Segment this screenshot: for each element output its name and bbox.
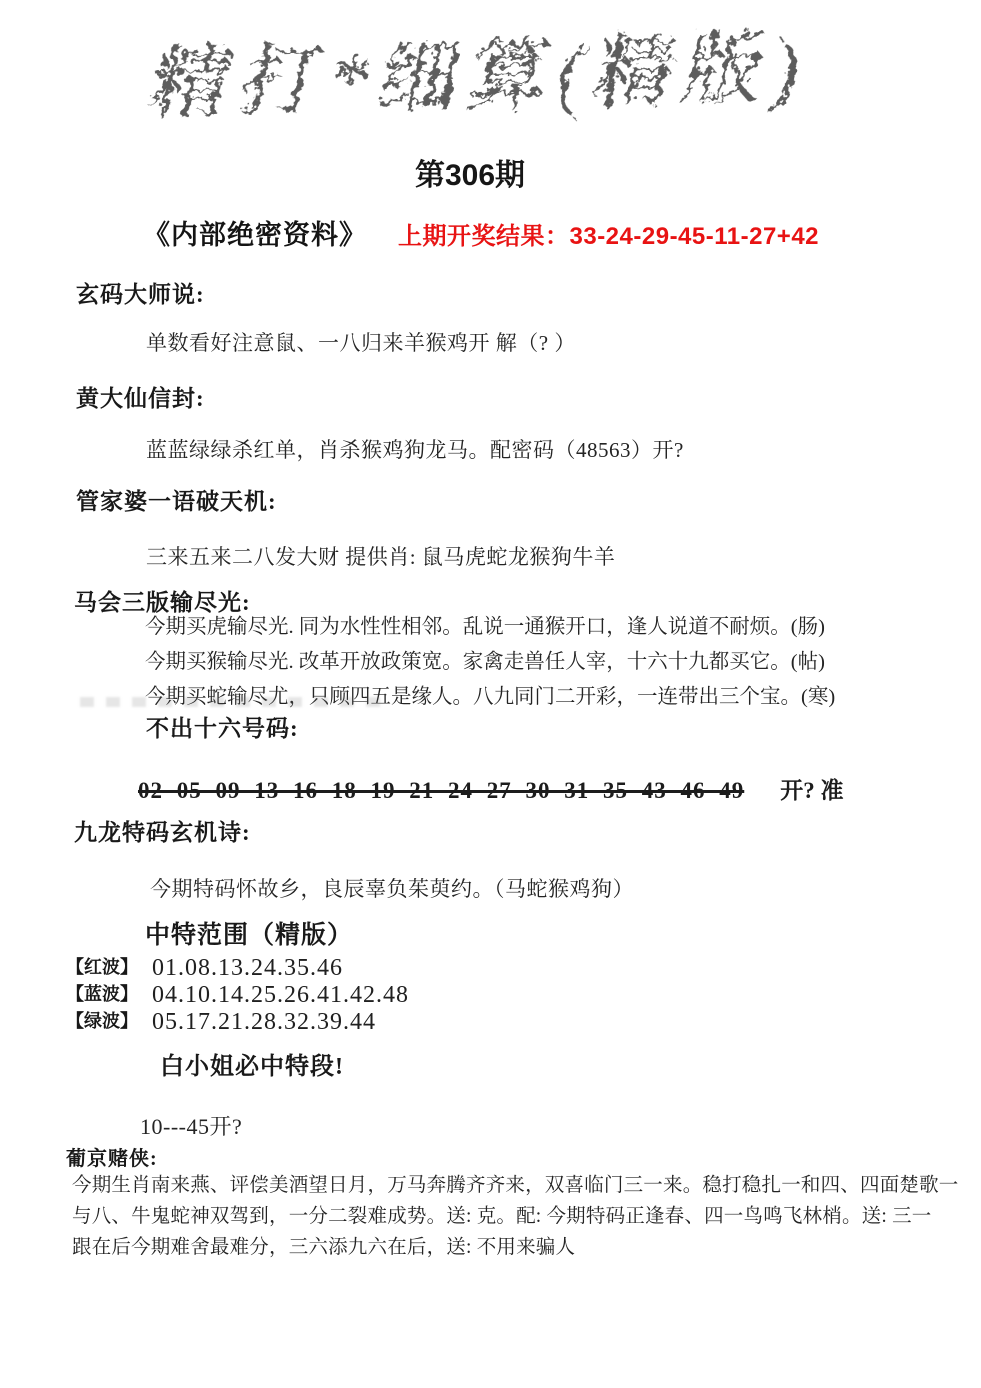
red-wave-numbers: 01.08.13.24.35.46 (152, 955, 343, 981)
mahui-line: 今期买猴输尽光. 改革开放政策宽。家禽走兽任人宰，十六十九都买它。(帖) (145, 644, 825, 674)
masthead: 精打*细算(精版) (110, 12, 830, 162)
issue-number: 第306期 (0, 150, 940, 194)
excluded-numbers: 02 05 09 13 16 18 19 21 24 27 30 31 35 4… (128, 778, 754, 803)
section-guan-heading: 管家婆一语破天机: (76, 483, 277, 516)
section-huang-heading: 黄大仙信封: (76, 380, 205, 413)
excluded-verdict: 开? 准 (780, 778, 843, 803)
section-guan-body: 三来五来二八发大财 提供肖: 鼠马虎蛇龙猴狗牛羊 (146, 541, 615, 571)
section-huang-body: 蓝蓝绿绿杀红单，肖杀猴鸡狗龙马。配密码（48563）开? (146, 434, 684, 464)
wave-row-green: 【绿波】05.17.21.28.32.39.44 (66, 1007, 376, 1036)
section-jiulong-heading: 九龙特码玄机诗: (74, 814, 251, 847)
pujing-line: 今期生肖南来燕、评偿美酒望日月，万马奔腾齐齐来，双喜临门三一来。稳打稳扎一和四、… (72, 1170, 952, 1201)
scan-smudge (80, 697, 380, 707)
title-art: 精打*细算(精版) (142, 25, 819, 130)
section-bai-line: 10---45开? (140, 1110, 242, 1141)
section-jiulong-body: 今期特码怀故乡，良辰辜负茱萸约。（马蛇猴鸡狗） (150, 873, 634, 903)
red-wave-label: 【红波】 (66, 957, 138, 977)
excluded-numbers-row: 02 05 09 13 16 18 19 21 24 27 30 31 35 4… (128, 772, 844, 805)
section-bai-heading: 白小姐必中特段! (160, 1046, 344, 1081)
pujing-line: 与八、牛鬼蛇神双驾到，一分二裂难成势。送: 克。配: 今期特码正逢春、四一鸟鸣飞… (72, 1201, 952, 1232)
section-pujing-heading: 葡京赌侠: (66, 1142, 158, 1171)
section-xuanma-body: 单数看好注意鼠、一八归来羊猴鸡开 解（? ） (146, 327, 576, 357)
green-wave-label: 【绿波】 (66, 1011, 138, 1031)
section-xuanma-heading: 玄码大师说: (76, 276, 205, 309)
title-art-canvas: 精打*细算(精版) (110, 12, 830, 162)
section-zhongte-heading: 中特范围（精版） (145, 915, 353, 951)
pujing-line: 跟在后今期难舍最难分，三六添九六在后，送: 不用来骗人 (72, 1232, 952, 1263)
blue-wave-numbers: 04.10.14.25.26.41.42.48 (152, 982, 409, 1008)
mahui-line: 今期买虎输尽光. 同为水性性相邻。乱说一通猴开口，逢人说道不耐烦。(肠) (145, 609, 825, 639)
section-buchu-heading: 不出十六号码: (146, 710, 299, 743)
green-wave-numbers: 05.17.21.28.32.39.44 (152, 1009, 376, 1035)
last-draw-result: 上期开奖结果：33-24-29-45-11-27+42 (398, 216, 819, 251)
scanned-lottery-sheet: 精打*细算(精版) 第306期 《内部绝密资料》 上期开奖结果：33-24-29… (0, 0, 981, 1388)
wave-row-blue: 【蓝波】04.10.14.25.26.41.42.48 (66, 980, 409, 1009)
wave-row-red: 【红波】01.08.13.24.35.46 (66, 953, 343, 982)
secret-label: 《内部绝密资料》 (143, 213, 367, 252)
blue-wave-label: 【蓝波】 (66, 984, 138, 1004)
pujing-paragraph: 今期生肖南来燕、评偿美酒望日月，万马奔腾齐齐来，双喜临门三一来。稳打稳扎一和四、… (72, 1170, 952, 1263)
